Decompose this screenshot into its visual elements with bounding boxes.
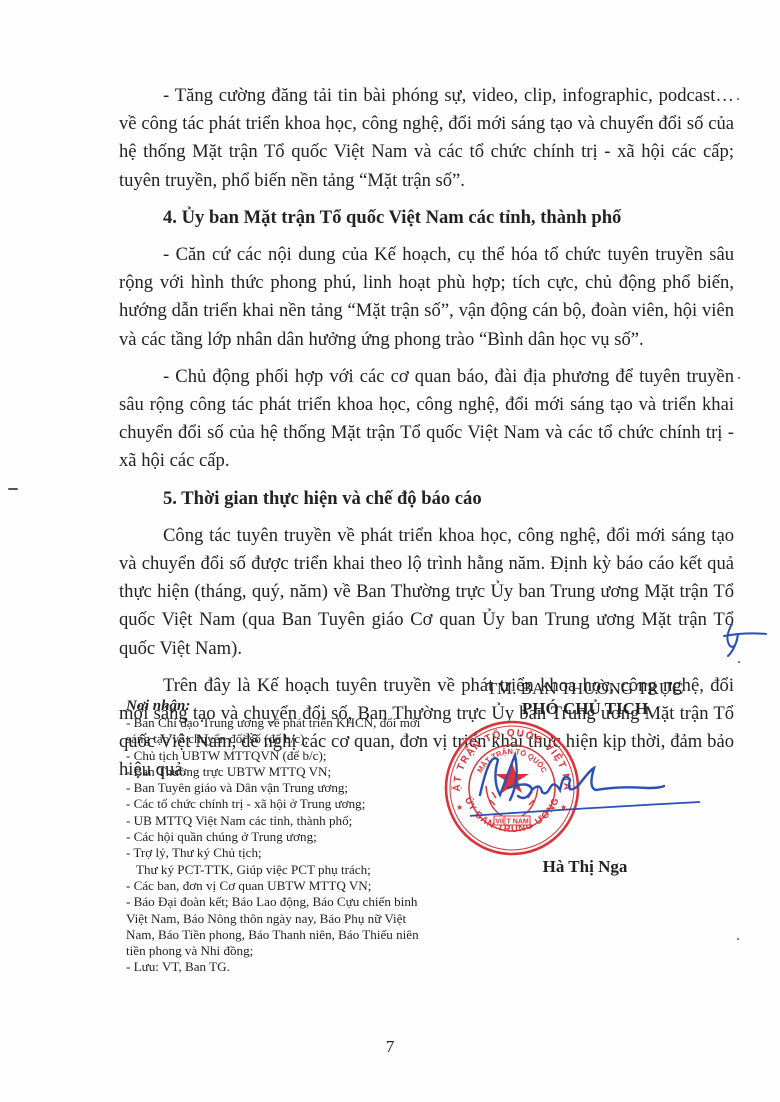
recipient-item: - Chủ tịch UBTW MTTQVN (để b/c); bbox=[126, 748, 436, 764]
paragraph-gap bbox=[119, 476, 734, 485]
recipient-item: - Ban Thường trực UBTW MTTQ VN; bbox=[126, 764, 436, 780]
scan-speck bbox=[737, 98, 739, 100]
paragraph-gap bbox=[119, 195, 734, 204]
svg-text:★: ★ bbox=[456, 803, 463, 812]
recipient-item: - Ban Tuyên giáo và Dân vận Trung ương; bbox=[126, 780, 436, 796]
recipients-title: Nơi nhận: bbox=[126, 697, 436, 715]
section-heading: 4. Ủy ban Mặt trận Tổ quốc Việt Nam các … bbox=[119, 204, 734, 232]
body-paragraph: Công tác tuyên truyền về phát triển khoa… bbox=[119, 522, 734, 663]
body-paragraph: - Tăng cường đăng tải tin bài phóng sự, … bbox=[119, 82, 734, 195]
recipient-item: - Báo Đại đoàn kết; Báo Lao động, Báo Cự… bbox=[126, 894, 436, 959]
paragraph-gap bbox=[119, 354, 734, 363]
signatory-name: Hà Thị Nga bbox=[440, 857, 730, 877]
paragraph-gap bbox=[119, 232, 734, 241]
scan-speck bbox=[738, 377, 740, 379]
signatory-organization: TM. BAN THƯỜNG TRỰC bbox=[440, 679, 730, 699]
scan-speck bbox=[738, 661, 740, 663]
handwritten-signature-icon bbox=[470, 740, 700, 840]
recipient-item: - Các ban, đơn vị Cơ quan UBTW MTTQ VN; bbox=[126, 878, 436, 894]
initials-mark-icon bbox=[718, 620, 768, 660]
paragraph-gap bbox=[119, 513, 734, 522]
recipient-item: - Ban Chỉ đạo Trung ương về phát triển K… bbox=[126, 715, 436, 748]
signatory-role: PHÓ CHỦ TỊCH bbox=[440, 699, 730, 719]
recipient-item: - UB MTTQ Việt Nam các tỉnh, thành phố; bbox=[126, 813, 436, 829]
recipient-item: - Lưu: VT, Ban TG. bbox=[126, 959, 436, 975]
body-paragraph: - Căn cứ các nội dung của Kế hoạch, cụ t… bbox=[119, 241, 734, 354]
scan-speck bbox=[737, 938, 739, 940]
recipient-item: - Các tổ chức chính trị - xã hội ở Trung… bbox=[126, 796, 436, 812]
page-number: 7 bbox=[0, 1037, 780, 1057]
recipient-item: - Trợ lý, Thư ký Chủ tịch; bbox=[126, 845, 436, 861]
paragraph-gap bbox=[119, 663, 734, 672]
document-page: - Tăng cường đăng tải tin bài phóng sự, … bbox=[0, 0, 780, 1102]
section-heading: 5. Thời gian thực hiện và chế độ báo cáo bbox=[119, 485, 734, 513]
scan-speck bbox=[8, 488, 18, 490]
body-paragraph: - Chủ động phối hợp với các cơ quan báo,… bbox=[119, 363, 734, 476]
recipients-list: - Ban Chỉ đạo Trung ương về phát triển K… bbox=[126, 715, 436, 976]
recipient-item: Thư ký PCT-TTK, Giúp việc PCT phụ trách; bbox=[126, 862, 436, 878]
recipient-item: - Các hội quần chúng ở Trung ương; bbox=[126, 829, 436, 845]
recipients-block: Nơi nhận: - Ban Chỉ đạo Trung ương về ph… bbox=[126, 697, 436, 976]
signature-block: TM. BAN THƯỜNG TRỰC PHÓ CHỦ TỊCH Hà Thị … bbox=[440, 679, 730, 719]
